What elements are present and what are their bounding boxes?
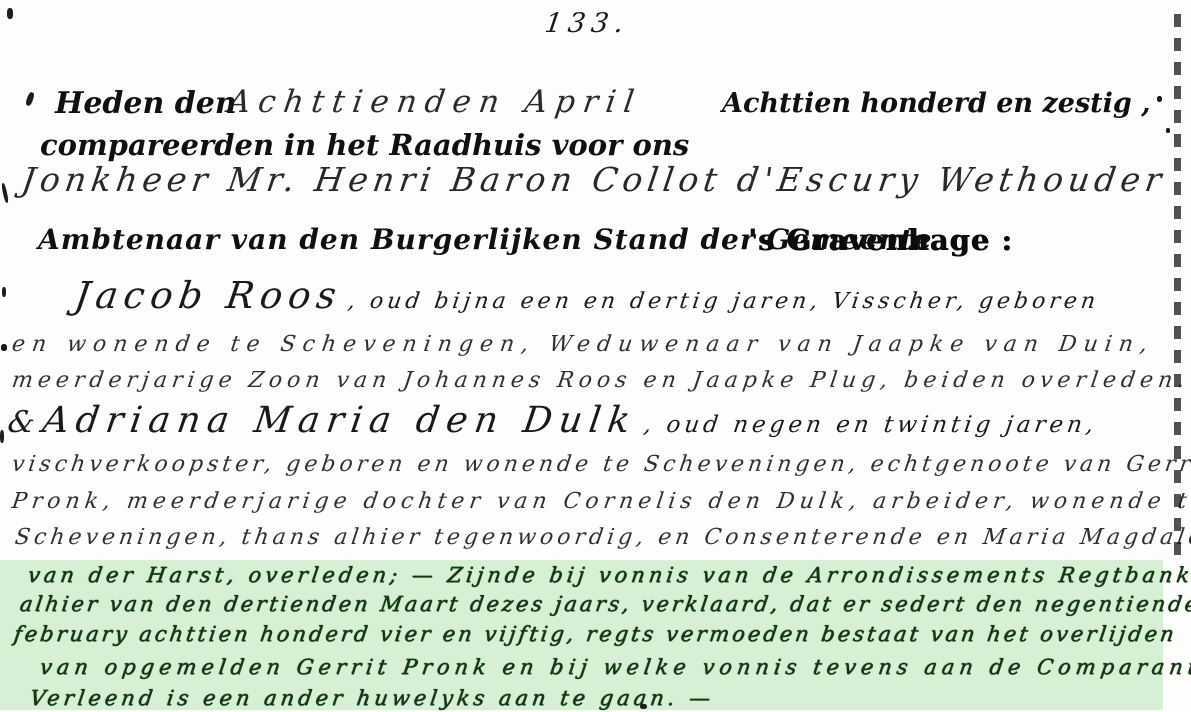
bride-line-3: Pronk, meerderjarige dochter van Corneli… xyxy=(10,489,1191,514)
groom-line-3: meerderjarige Zoon van Johannes Roos en … xyxy=(10,368,1191,393)
groom-line-2: en wonende te Scheveningen, Weduwenaar v… xyxy=(10,332,1155,357)
civil-registry-document: 133. Heden den Achttienden April Achttie… xyxy=(0,0,1191,712)
printed-heden-den: Heden den xyxy=(55,86,237,121)
scan-speck xyxy=(1,344,7,351)
printed-year: Achttien honderd en zestig , xyxy=(722,88,1151,119)
opening-line-date: Heden den Achttienden April Achttien hon… xyxy=(0,82,1191,128)
bride-line-4: Scheveningen, thans alhier tegenwoordig,… xyxy=(13,525,1191,550)
scan-speck xyxy=(1,183,9,203)
scan-speck xyxy=(640,704,647,709)
highlighted-line: alhier van den dertienden Maart dezes ja… xyxy=(18,592,1191,616)
highlighted-line: van opgemelden Gerrit Pronk en bij welke… xyxy=(38,655,1191,679)
bride-name: Adriana Maria den Dulk xyxy=(40,400,639,441)
bride-line-1: & Adriana Maria den Dulk , oud negen en … xyxy=(8,400,1098,441)
bride-line-2: vischverkoopster, geboren en wonende te … xyxy=(10,452,1191,477)
groom-name: Jacob Roos xyxy=(72,274,345,317)
bride-prefix: & xyxy=(6,405,38,440)
highlighted-line: van der Harst, overleden; — Zijnde bij v… xyxy=(26,563,1191,587)
groom-details: , oud bijna een en dertig jaren, Vissche… xyxy=(346,289,1101,314)
scan-speck xyxy=(2,287,6,297)
scan-edge-artifact-right xyxy=(1174,14,1181,560)
opening-line-raadhuis: compareerden in het Raadhuis voor ons xyxy=(40,128,689,162)
bride-details: , oud negen en twintig jaren, xyxy=(643,412,1100,438)
scan-speck xyxy=(7,8,13,19)
highlighted-line: Verleend is een ander huwelyks aan te ga… xyxy=(28,686,715,710)
green-highlight-overlay: van der Harst, overleden; — Zijnde bij v… xyxy=(0,560,1163,710)
groom-line-1: Jacob Roos , oud bijna een en dertig jar… xyxy=(75,274,1099,317)
handwritten-date: Achttienden April xyxy=(225,84,644,120)
handwritten-official-name: Jonkheer Mr. Henri Baron Collot d'Escury… xyxy=(19,160,1169,199)
highlighted-line: february achttien honderd vier en vijfti… xyxy=(12,622,1178,646)
scan-speck xyxy=(1166,128,1170,133)
printed-gravenhage: 's Gravenhage : xyxy=(748,223,1013,257)
scan-speck xyxy=(1157,96,1162,102)
scan-speck xyxy=(0,430,4,443)
page-number: 133. xyxy=(543,8,631,39)
opening-line-ambtenaar: Ambtenaar van den Burgerlijken Stand der… xyxy=(0,221,1191,265)
